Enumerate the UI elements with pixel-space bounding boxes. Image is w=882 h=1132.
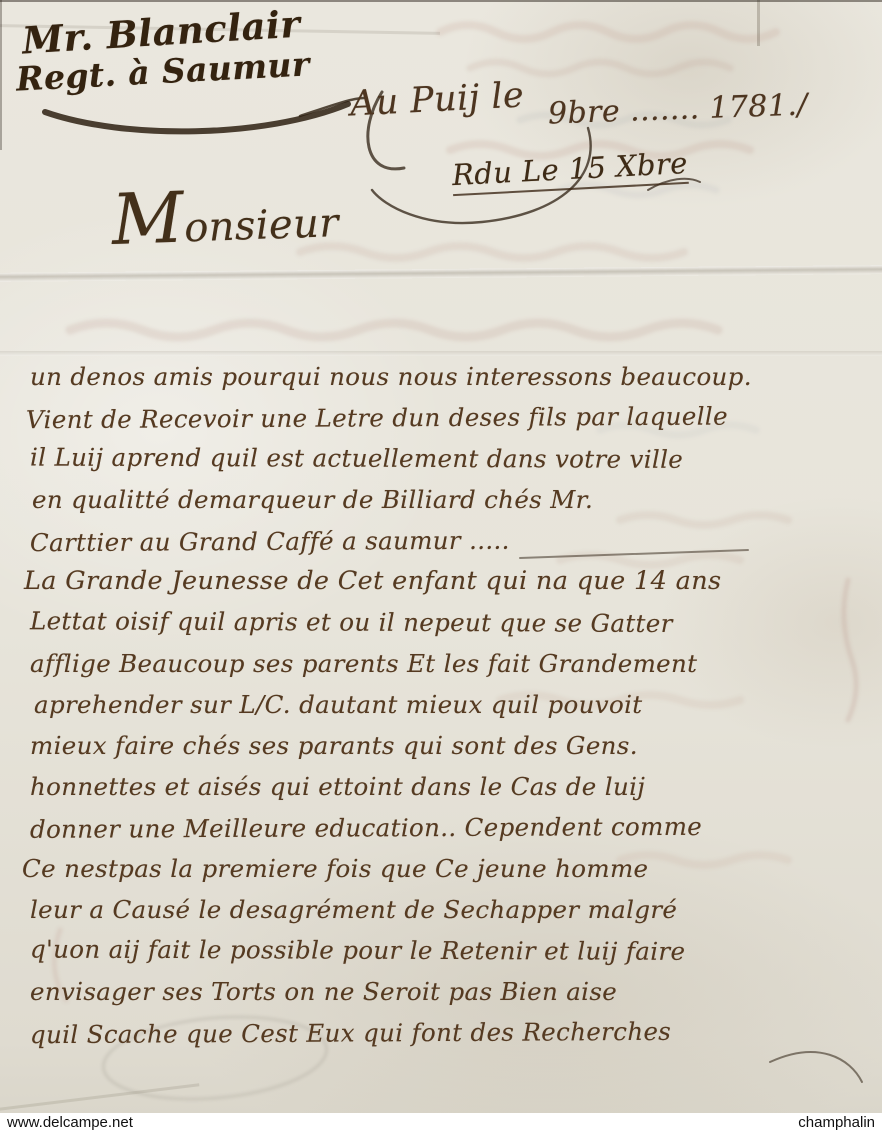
body-line: honnettes et aisés qui ettoint dans le C… xyxy=(30,766,860,807)
body-line: il Luij aprend quil est actuellement dan… xyxy=(30,437,860,481)
letter-body: un denos amis pourqui nous nous interess… xyxy=(30,356,860,1053)
body-line: donner une Meilleure education.. Cepende… xyxy=(30,805,860,850)
body-line: La Grande Jeunesse de Cet enfant qui na … xyxy=(24,561,860,602)
body-line: quil Scache que Cest Eux qui font des Re… xyxy=(30,1010,860,1055)
body-line: mieux faire chés ses parants qui sont de… xyxy=(30,725,860,766)
body-line: envisager ses Torts on ne Seroit pas Bie… xyxy=(30,971,860,1012)
body-line: un denos amis pourqui nous nous interess… xyxy=(30,356,860,397)
body-line: en qualitté demarqueur de Billiard chés … xyxy=(32,479,860,520)
body-line: Carttier au Grand Caffé a saumur ..... xyxy=(30,518,860,563)
site-watermark: www.delcampe.net xyxy=(0,1114,140,1131)
body-line: Lettat oisif quil apris et ou il nepeut … xyxy=(30,600,860,645)
footer-bar: www.delcampe.net champhalin xyxy=(0,1113,882,1132)
body-line: Vient de Recevoir une Letre dun deses fi… xyxy=(26,395,860,440)
body-line: afflige Beaucoup ses parents Et les fait… xyxy=(30,643,860,684)
letter-scan: Mr. Blanclair Regt. à Saumur Au Puij le … xyxy=(0,0,882,1132)
body-line: q'uon aij fait le possible pour le Reten… xyxy=(30,929,860,973)
seller-watermark: champhalin xyxy=(791,1114,882,1131)
body-line: aprehender sur L/C. dautant mieux quil p… xyxy=(34,684,860,725)
body-line: Ce nestpas la premiere fois que Ce jeune… xyxy=(22,848,860,889)
salutation: Monsieur xyxy=(111,192,339,254)
body-line: leur a Causé le desagrément de Sechapper… xyxy=(30,889,860,930)
